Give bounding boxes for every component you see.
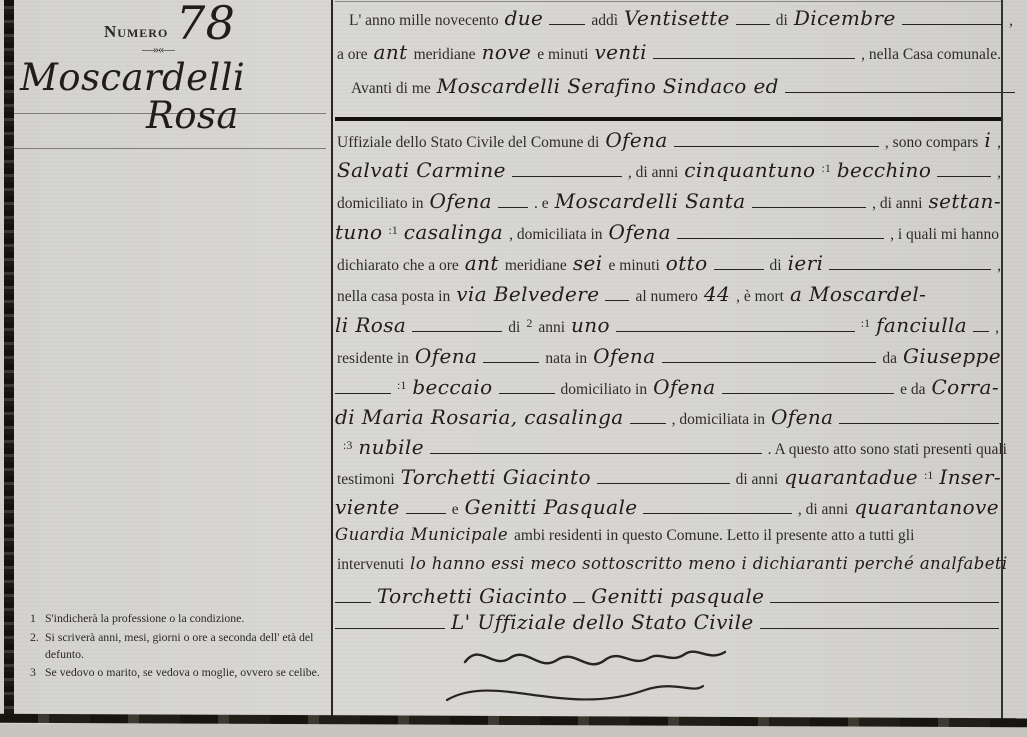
body-line: vienteeGenitti Pasquale, di anniquaranta…: [335, 497, 1002, 523]
printed-text: , di anni: [798, 501, 848, 519]
fill-line: [839, 420, 999, 424]
handwritten-entry: ant: [465, 253, 499, 273]
fill-line: [829, 266, 991, 270]
body-line: li Rosadi2anniuno:1fanciulla,: [335, 315, 1002, 341]
fill-line: [902, 21, 1003, 25]
handwritten-entry: casalinga: [404, 222, 503, 242]
handwritten-entry: nove: [482, 42, 532, 62]
handwritten-entry: ieri: [788, 253, 824, 273]
handwritten-entry: Ofena: [605, 130, 667, 150]
fill-line: [605, 297, 629, 301]
numero-value: 78: [176, 0, 235, 50]
printed-text: di anni: [736, 471, 779, 489]
fill-line: [677, 235, 884, 239]
footnote-item: 3Se vedovo o marito, se vedova o moglie,…: [30, 664, 326, 681]
binding-strip: [4, 0, 14, 722]
footnote-marker: :1: [397, 378, 406, 393]
footnote-marker: :1: [822, 161, 831, 176]
fill-line: [406, 510, 446, 514]
handwritten-entry: tuno: [335, 222, 382, 242]
handwritten-entry: di Maria Rosaria, casalinga: [335, 407, 624, 427]
printed-text: meridiane: [414, 46, 476, 64]
footnote-number: 2.: [30, 629, 45, 663]
printed-text: ambi residenti in questo Comune. Letto i…: [514, 527, 914, 545]
handwritten-entry: via Belvedere: [456, 284, 599, 304]
handwritten-entry: settan-: [928, 191, 1001, 211]
handwritten-entry: cinquantuno: [684, 160, 815, 180]
body-line: Uffiziale dello Stato Civile del Comune …: [335, 130, 1004, 156]
fill-line: [630, 420, 666, 424]
printed-text: L' anno mille novecento: [349, 12, 499, 30]
footnote-marker: 2: [526, 316, 532, 331]
handwritten-entry: Torchetti Giacinto: [401, 467, 591, 487]
fill-line: [760, 625, 999, 629]
printed-text: nata in: [545, 350, 587, 368]
printed-text: , nella Casa comunale.: [861, 46, 1001, 64]
fill-line: [722, 390, 895, 394]
handwritten-entry: Ofena: [415, 346, 477, 366]
printed-text: Uffiziale dello Stato Civile del Comune …: [337, 134, 599, 152]
body-line: Salvati Carmine, di annicinquantuno:1bec…: [335, 160, 1004, 186]
handwritten-entry: uno: [571, 315, 610, 335]
margin-column: Numero 78 —»«— Moscardelli Rosa 1S'indic…: [14, 0, 332, 722]
printed-text: e minuti: [609, 257, 660, 275]
footnote-item: 1S'indicherà la professione o la condizi…: [30, 610, 326, 627]
printed-text: a ore: [337, 46, 368, 64]
footnote-marker: :3: [343, 438, 352, 453]
body-line: testimoniTorchetti Giacintodi anniquaran…: [335, 467, 1004, 493]
printed-text: e minuti: [537, 46, 588, 64]
handwritten-entry: Giuseppe: [903, 346, 1001, 366]
official-signature-flourish: [435, 634, 765, 720]
handwritten-entry: Ofena: [609, 222, 671, 242]
handwritten-entry: sei: [573, 253, 603, 273]
printed-text: testimoni: [337, 471, 395, 489]
fill-line: [573, 599, 585, 603]
footnote-text: S'indicherà la professione o la condizio…: [45, 610, 326, 627]
fill-line: [770, 599, 999, 603]
footnotes-list: 1S'indicherà la professione o la condizi…: [30, 610, 326, 683]
body-line: :1beccaiodomiciliato inOfenae daCorra-: [335, 377, 1002, 403]
body-line: Torchetti GiacintoGenitti pasquale: [335, 586, 1002, 612]
handwritten-entry: beccaio: [412, 377, 492, 397]
ornament-icon: —»«—: [142, 42, 174, 57]
fill-line: [335, 599, 371, 603]
body-line: intervenutilo hanno essi meco sottoscrit…: [335, 556, 1004, 582]
body-line: L' Uffiziale dello Stato Civile: [335, 612, 1002, 638]
printed-text: di: [770, 257, 782, 275]
handwritten-entry: Genitti Pasquale: [465, 497, 638, 517]
printed-text: ,: [1009, 12, 1013, 30]
printed-text: ,: [995, 319, 999, 337]
printed-text: residente in: [337, 350, 409, 368]
body-line: di Maria Rosaria, casalinga, domiciliata…: [335, 407, 1002, 433]
handwritten-entry: a Moscardel-: [790, 284, 926, 304]
fill-line: [643, 510, 791, 514]
printed-text: , di anni: [628, 164, 678, 182]
body-line: tuno:1casalinga, domiciliata inOfena, i …: [335, 222, 1002, 248]
fill-line: [483, 359, 539, 363]
printed-text: , sono compars: [885, 134, 978, 152]
body-line: Guardia Municipaleambi residenti in ques…: [335, 527, 1002, 553]
printed-text: addì: [591, 12, 618, 30]
printed-text: , domiciliata in: [672, 411, 765, 429]
fill-line: [662, 359, 877, 363]
printed-text: domiciliato in: [561, 381, 648, 399]
fill-line: [335, 625, 445, 629]
printed-text: , i quali mi hanno: [890, 226, 999, 244]
handwritten-entry: nubile: [358, 437, 424, 457]
handwritten-entry: lo hanno essi meco sottoscritto meno i d…: [410, 556, 1007, 573]
footnote-item: 2.Si scriverà anni, mesi, giorni o ore a…: [30, 629, 326, 663]
fill-line: [736, 21, 770, 25]
handwritten-entry: quarantadue: [784, 467, 918, 487]
footnote-number: 1: [30, 610, 45, 627]
fill-line: [335, 390, 391, 394]
body-line: a oreantmeridianenovee minutiventi, nell…: [335, 42, 1004, 68]
fill-line: [499, 390, 555, 394]
printed-text: da: [882, 350, 897, 368]
deceased-surname: Moscardelli: [20, 56, 245, 99]
printed-text: e: [452, 501, 459, 519]
body-line: Avanti di meMoscardelli Serafino Sindaco…: [335, 76, 1018, 102]
printed-text: . e: [534, 195, 549, 213]
handwritten-entry: Corra-: [931, 377, 999, 397]
handwritten-entry: Ventisette: [624, 8, 730, 28]
printed-text: al numero: [635, 288, 697, 306]
fill-line: [512, 173, 622, 177]
given-name-underline: [14, 148, 326, 149]
record-body: L' anno mille novecentodueaddìVentisette…: [335, 0, 1002, 722]
handwritten-entry: Ofena: [771, 407, 833, 427]
handwritten-entry: 44: [704, 284, 730, 304]
handwritten-entry: Inser-: [939, 467, 1001, 487]
handwritten-entry: li Rosa: [335, 315, 406, 335]
printed-text: . A questo atto sono stati presenti qual…: [768, 441, 1007, 459]
handwritten-entry: viente: [335, 497, 400, 517]
handwritten-entry: otto: [666, 253, 708, 273]
fill-line: [674, 143, 879, 147]
handwritten-entry: Torchetti Giacinto: [377, 586, 567, 606]
column-divider: [331, 0, 333, 722]
death-record-page: Numero 78 —»«— Moscardelli Rosa 1S'indic…: [0, 0, 1027, 737]
fill-line: [597, 480, 730, 484]
handwritten-entry: Dicembre: [794, 8, 896, 28]
printed-text: intervenuti: [337, 556, 404, 574]
fill-line: [498, 204, 528, 208]
body-line: domiciliato inOfena. eMoscardelli Santa,…: [335, 191, 1004, 217]
fill-line: [714, 266, 764, 270]
body-line: :3nubile. A questo atto sono stati prese…: [335, 437, 1010, 463]
printed-text: e da: [900, 381, 925, 399]
handwritten-entry: fanciulla: [876, 315, 967, 335]
handwritten-entry: Moscardelli Santa: [555, 191, 746, 211]
fill-line: [549, 21, 585, 25]
printed-text: di: [776, 12, 788, 30]
handwritten-entry: L' Uffiziale dello Stato Civile: [451, 612, 754, 632]
printed-text: anni: [538, 319, 565, 337]
handwritten-entry: Ofena: [430, 191, 492, 211]
handwritten-entry: Ofena: [653, 377, 715, 397]
handwritten-entry: i: [984, 130, 991, 150]
printed-text: Avanti di me: [351, 80, 431, 98]
handwritten-entry: becchino: [837, 160, 931, 180]
handwritten-entry: Moscardelli Serafino Sindaco ed: [437, 76, 779, 96]
numero-label: Numero: [104, 22, 168, 42]
right-margin-line: [1001, 0, 1003, 722]
footnote-marker: :1: [924, 468, 933, 483]
footnote-number: 3: [30, 664, 45, 681]
printed-text: di: [508, 319, 520, 337]
printed-text: , è mort: [736, 288, 784, 306]
handwritten-entry: quarantanove: [854, 497, 999, 517]
printed-text: domiciliato in: [337, 195, 424, 213]
footnote-marker: :1: [861, 316, 870, 331]
fill-line: [973, 328, 989, 332]
body-line: nella casa posta invia Belvedereal numer…: [335, 284, 1004, 310]
handwritten-entry: Guardia Municipale: [335, 527, 508, 544]
footnote-text: Se vedovo o marito, se vedova o moglie, …: [45, 664, 326, 681]
fill-line: [430, 450, 762, 454]
deceased-given-name: Rosa: [146, 94, 239, 137]
printed-text: meridiane: [505, 257, 567, 275]
handwritten-entry: venti: [594, 42, 646, 62]
fill-line: [616, 328, 855, 332]
section-rule: [335, 117, 1002, 121]
printed-text: nella casa posta in: [337, 288, 450, 306]
handwritten-entry: Ofena: [593, 346, 655, 366]
fill-line: [785, 89, 1015, 93]
handwritten-entry: due: [505, 8, 544, 28]
fill-line: [752, 204, 867, 208]
printed-text: , di anni: [872, 195, 922, 213]
footnote-text: Si scriverà anni, mesi, giorni o ore a s…: [45, 629, 326, 663]
handwritten-entry: ant: [374, 42, 408, 62]
body-line: L' anno mille novecentodueaddìVentisette…: [335, 8, 1016, 34]
fill-line: [937, 173, 991, 177]
handwritten-entry: Salvati Carmine: [337, 160, 506, 180]
fill-line: [653, 55, 855, 59]
fill-line: [412, 328, 502, 332]
footnote-marker: :1: [388, 223, 397, 238]
printed-text: dichiarato che a ore: [337, 257, 459, 275]
printed-text: , domiciliata in: [509, 226, 602, 244]
body-line: residente inOfenanata inOfenadaGiuseppe: [335, 346, 1004, 372]
handwritten-entry: Genitti pasquale: [591, 586, 764, 606]
body-line: dichiarato che a oreantmeridianeseie min…: [335, 253, 1004, 279]
